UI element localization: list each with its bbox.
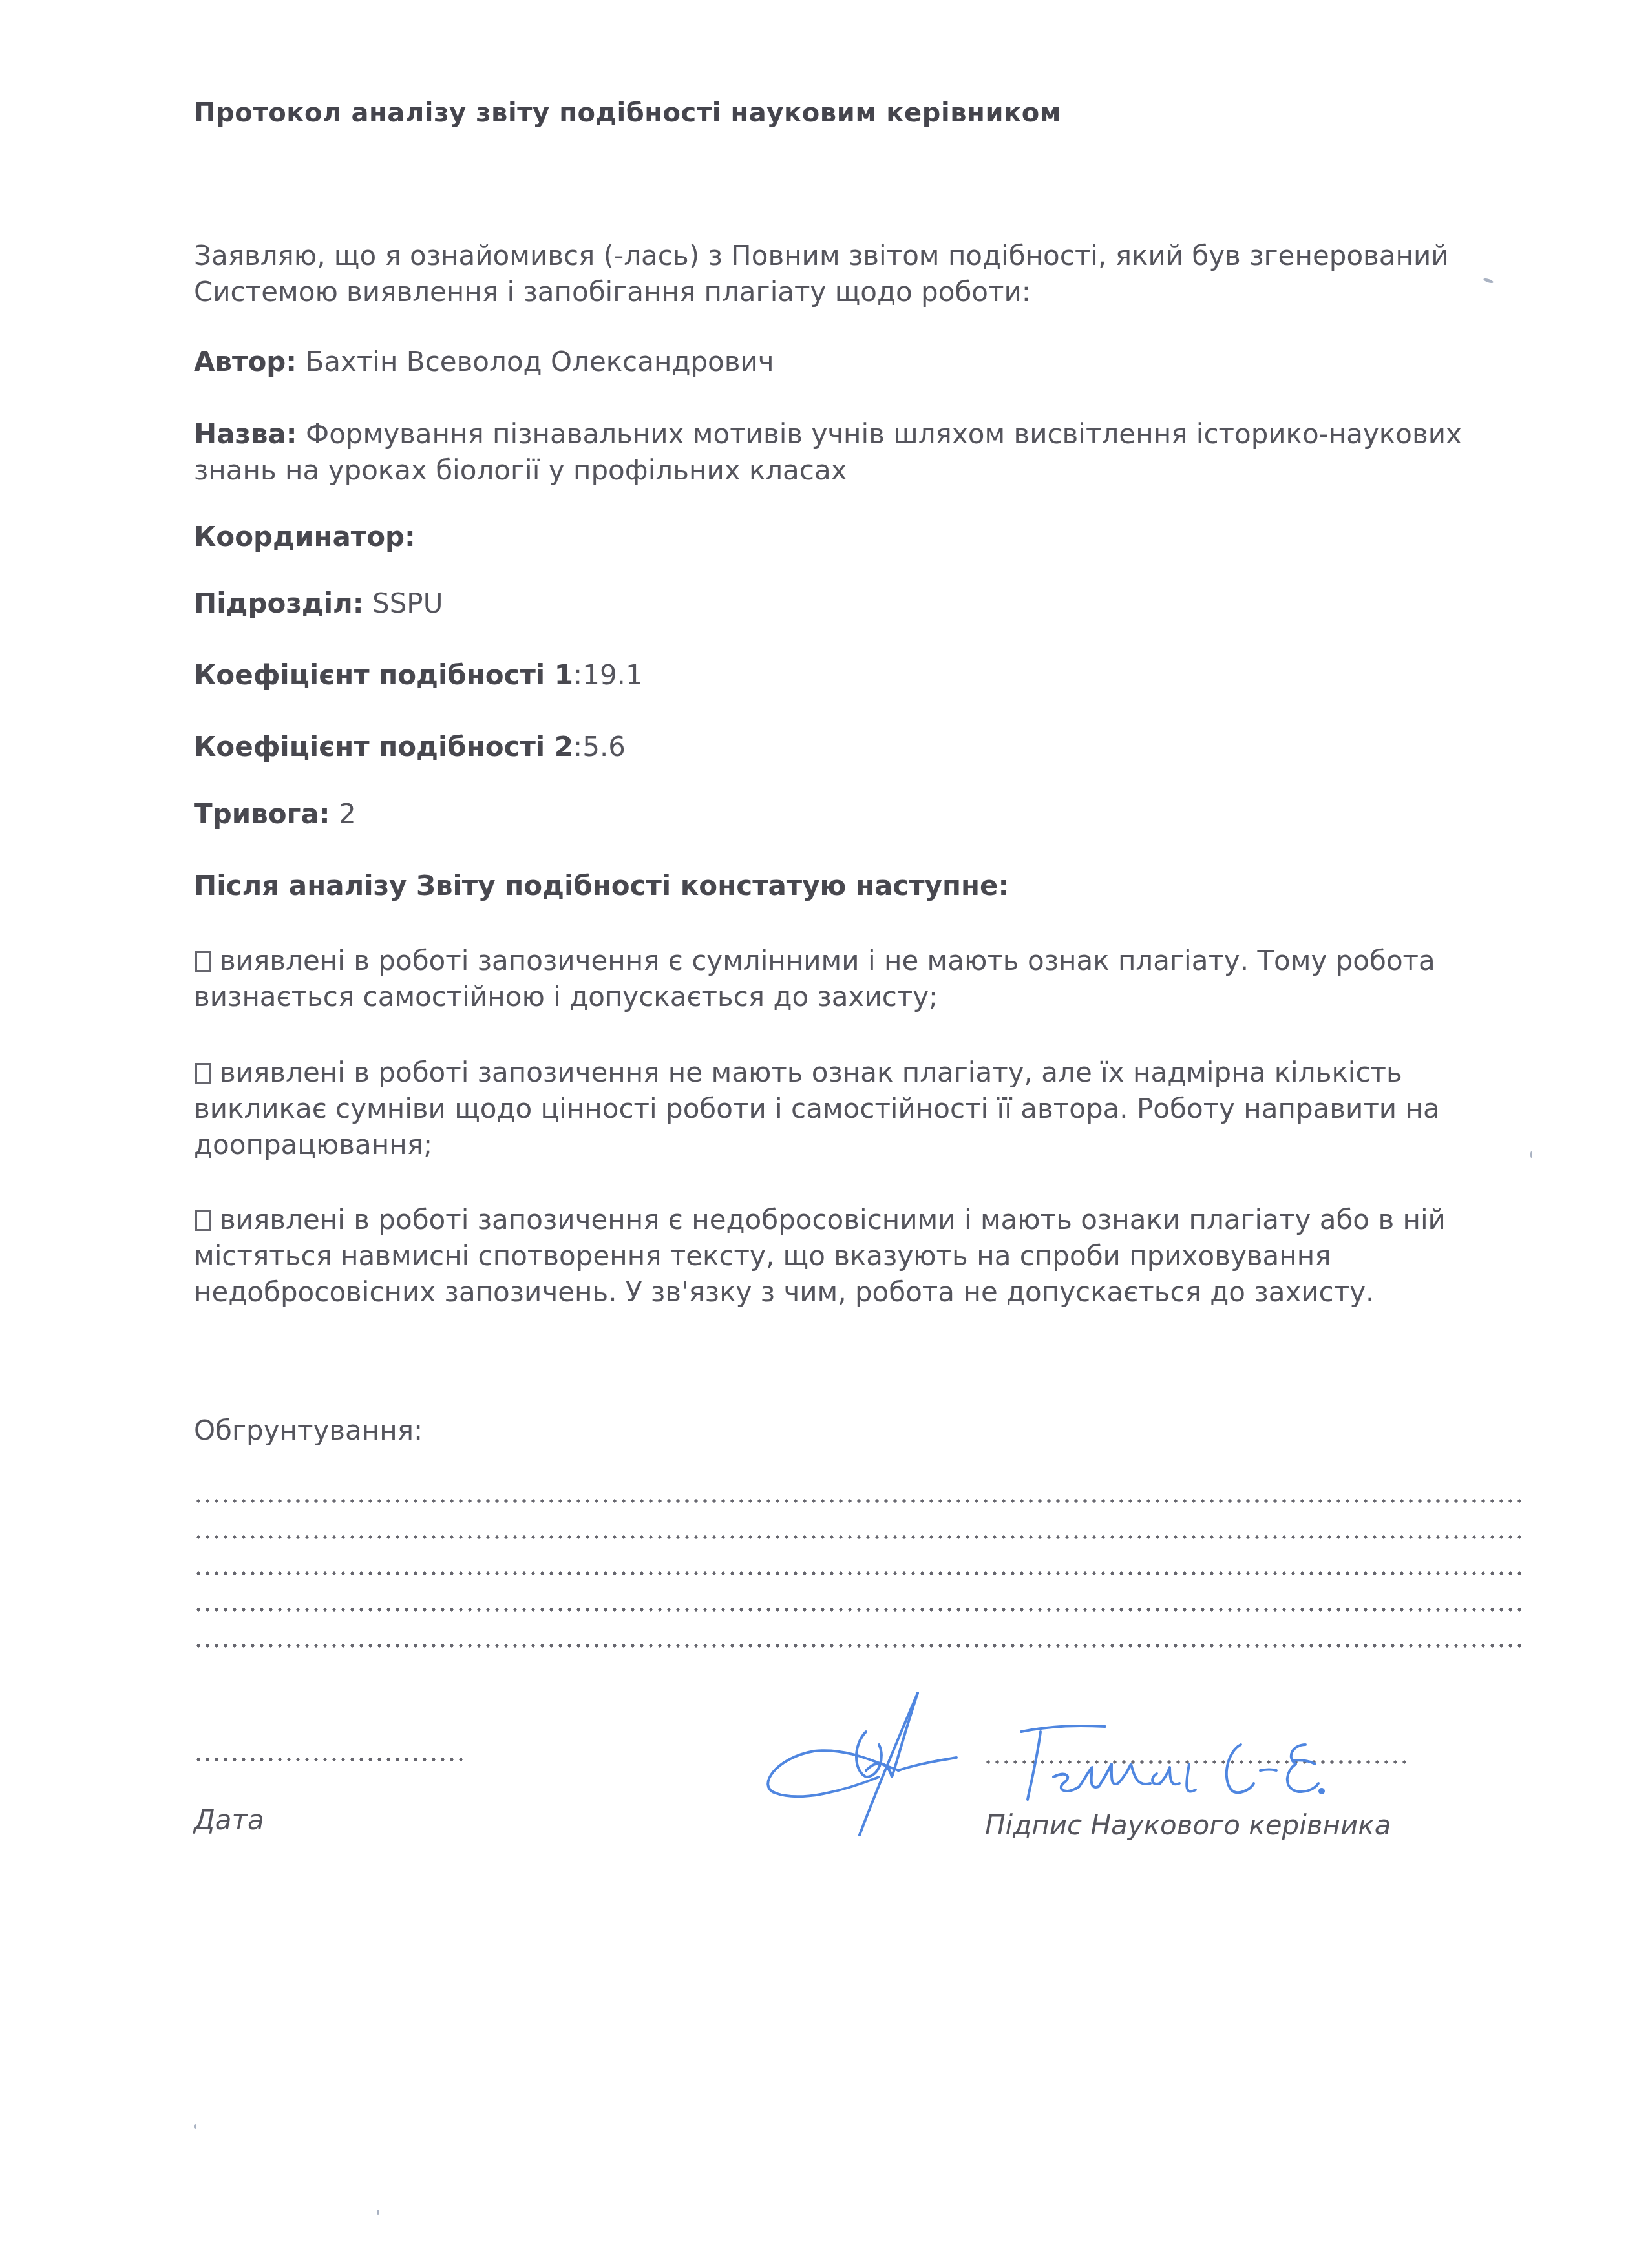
scan-speck — [1530, 1151, 1532, 1158]
intro-paragraph: Заявляю, що я ознайомився (-лась) з Повн… — [194, 238, 1525, 310]
field-department-value: SSPU — [372, 587, 443, 619]
date-line[interactable] — [194, 1756, 465, 1763]
option-revision-checkbox[interactable] — [195, 1063, 211, 1084]
option-revision: виявлені в роботі запозичення не мають о… — [194, 1055, 1525, 1163]
option-plagiarism-checkbox[interactable] — [195, 1210, 211, 1231]
field-coordinator-label: Координатор: — [194, 521, 416, 552]
justification-line-5[interactable] — [194, 1643, 1525, 1649]
field-author-value: Бахтін Всеволод Олександрович — [306, 346, 774, 377]
field-similarity-1-value: :19.1 — [573, 659, 643, 691]
field-alert: Тривога: 2 — [194, 796, 356, 832]
option-conscientious-text: виявлені в роботі запозичення є сумлінни… — [194, 945, 1435, 1013]
field-alert-label: Тривога: — [194, 798, 330, 830]
option-revision-text: виявлені в роботі запозичення не мають о… — [194, 1056, 1440, 1160]
field-department-label: Підрозділ: — [194, 587, 364, 619]
signature-line[interactable] — [984, 1759, 1411, 1765]
justification-line-2[interactable] — [194, 1534, 1525, 1540]
field-similarity-2-value: :5.6 — [573, 731, 626, 762]
field-department: Підрозділ: SSPU — [194, 585, 443, 622]
conclusion-heading: Після аналізу Звіту подібності констатую… — [194, 870, 1009, 901]
field-similarity-2-label: Коефіцієнт подібності 2 — [194, 731, 573, 762]
field-title-value: Формування пізнавальних мотивів учнів шл… — [194, 418, 1462, 486]
justification-line-4[interactable] — [194, 1606, 1525, 1613]
field-similarity-2: Коефіцієнт подібності 2:5.6 — [194, 729, 626, 765]
signature-label: Підпис Наукового керівника — [985, 1809, 1391, 1841]
document-title: Протокол аналізу звіту подібності науков… — [194, 98, 1061, 128]
scan-speck — [377, 2210, 379, 2215]
field-author-label: Автор: — [194, 346, 297, 377]
field-alert-value: 2 — [339, 798, 356, 830]
justification-line-1[interactable] — [194, 1498, 1525, 1504]
field-coordinator: Координатор: — [194, 519, 416, 555]
justification-line-3[interactable] — [194, 1570, 1525, 1577]
option-plagiarism: виявлені в роботі запозичення є недоброс… — [194, 1202, 1525, 1310]
option-conscientious-checkbox[interactable] — [195, 951, 211, 972]
field-title: Назва: Формування пізнавальних мотивів у… — [194, 416, 1525, 488]
field-author: Автор: Бахтін Всеволод Олександрович — [194, 344, 774, 380]
field-title-label: Назва: — [194, 418, 297, 450]
justification-label: Обгрунтування: — [194, 1412, 423, 1449]
field-similarity-1-label: Коефіцієнт подібності 1 — [194, 659, 573, 691]
document-page: Протокол аналізу звіту подібності науков… — [194, 0, 1525, 2268]
date-label: Дата — [194, 1804, 264, 1836]
option-plagiarism-text: виявлені в роботі запозичення є недоброс… — [194, 1204, 1446, 1308]
option-conscientious: виявлені в роботі запозичення є сумлінни… — [194, 943, 1525, 1015]
field-similarity-1: Коефіцієнт подібності 1:19.1 — [194, 657, 643, 693]
scan-speck — [194, 2124, 196, 2129]
